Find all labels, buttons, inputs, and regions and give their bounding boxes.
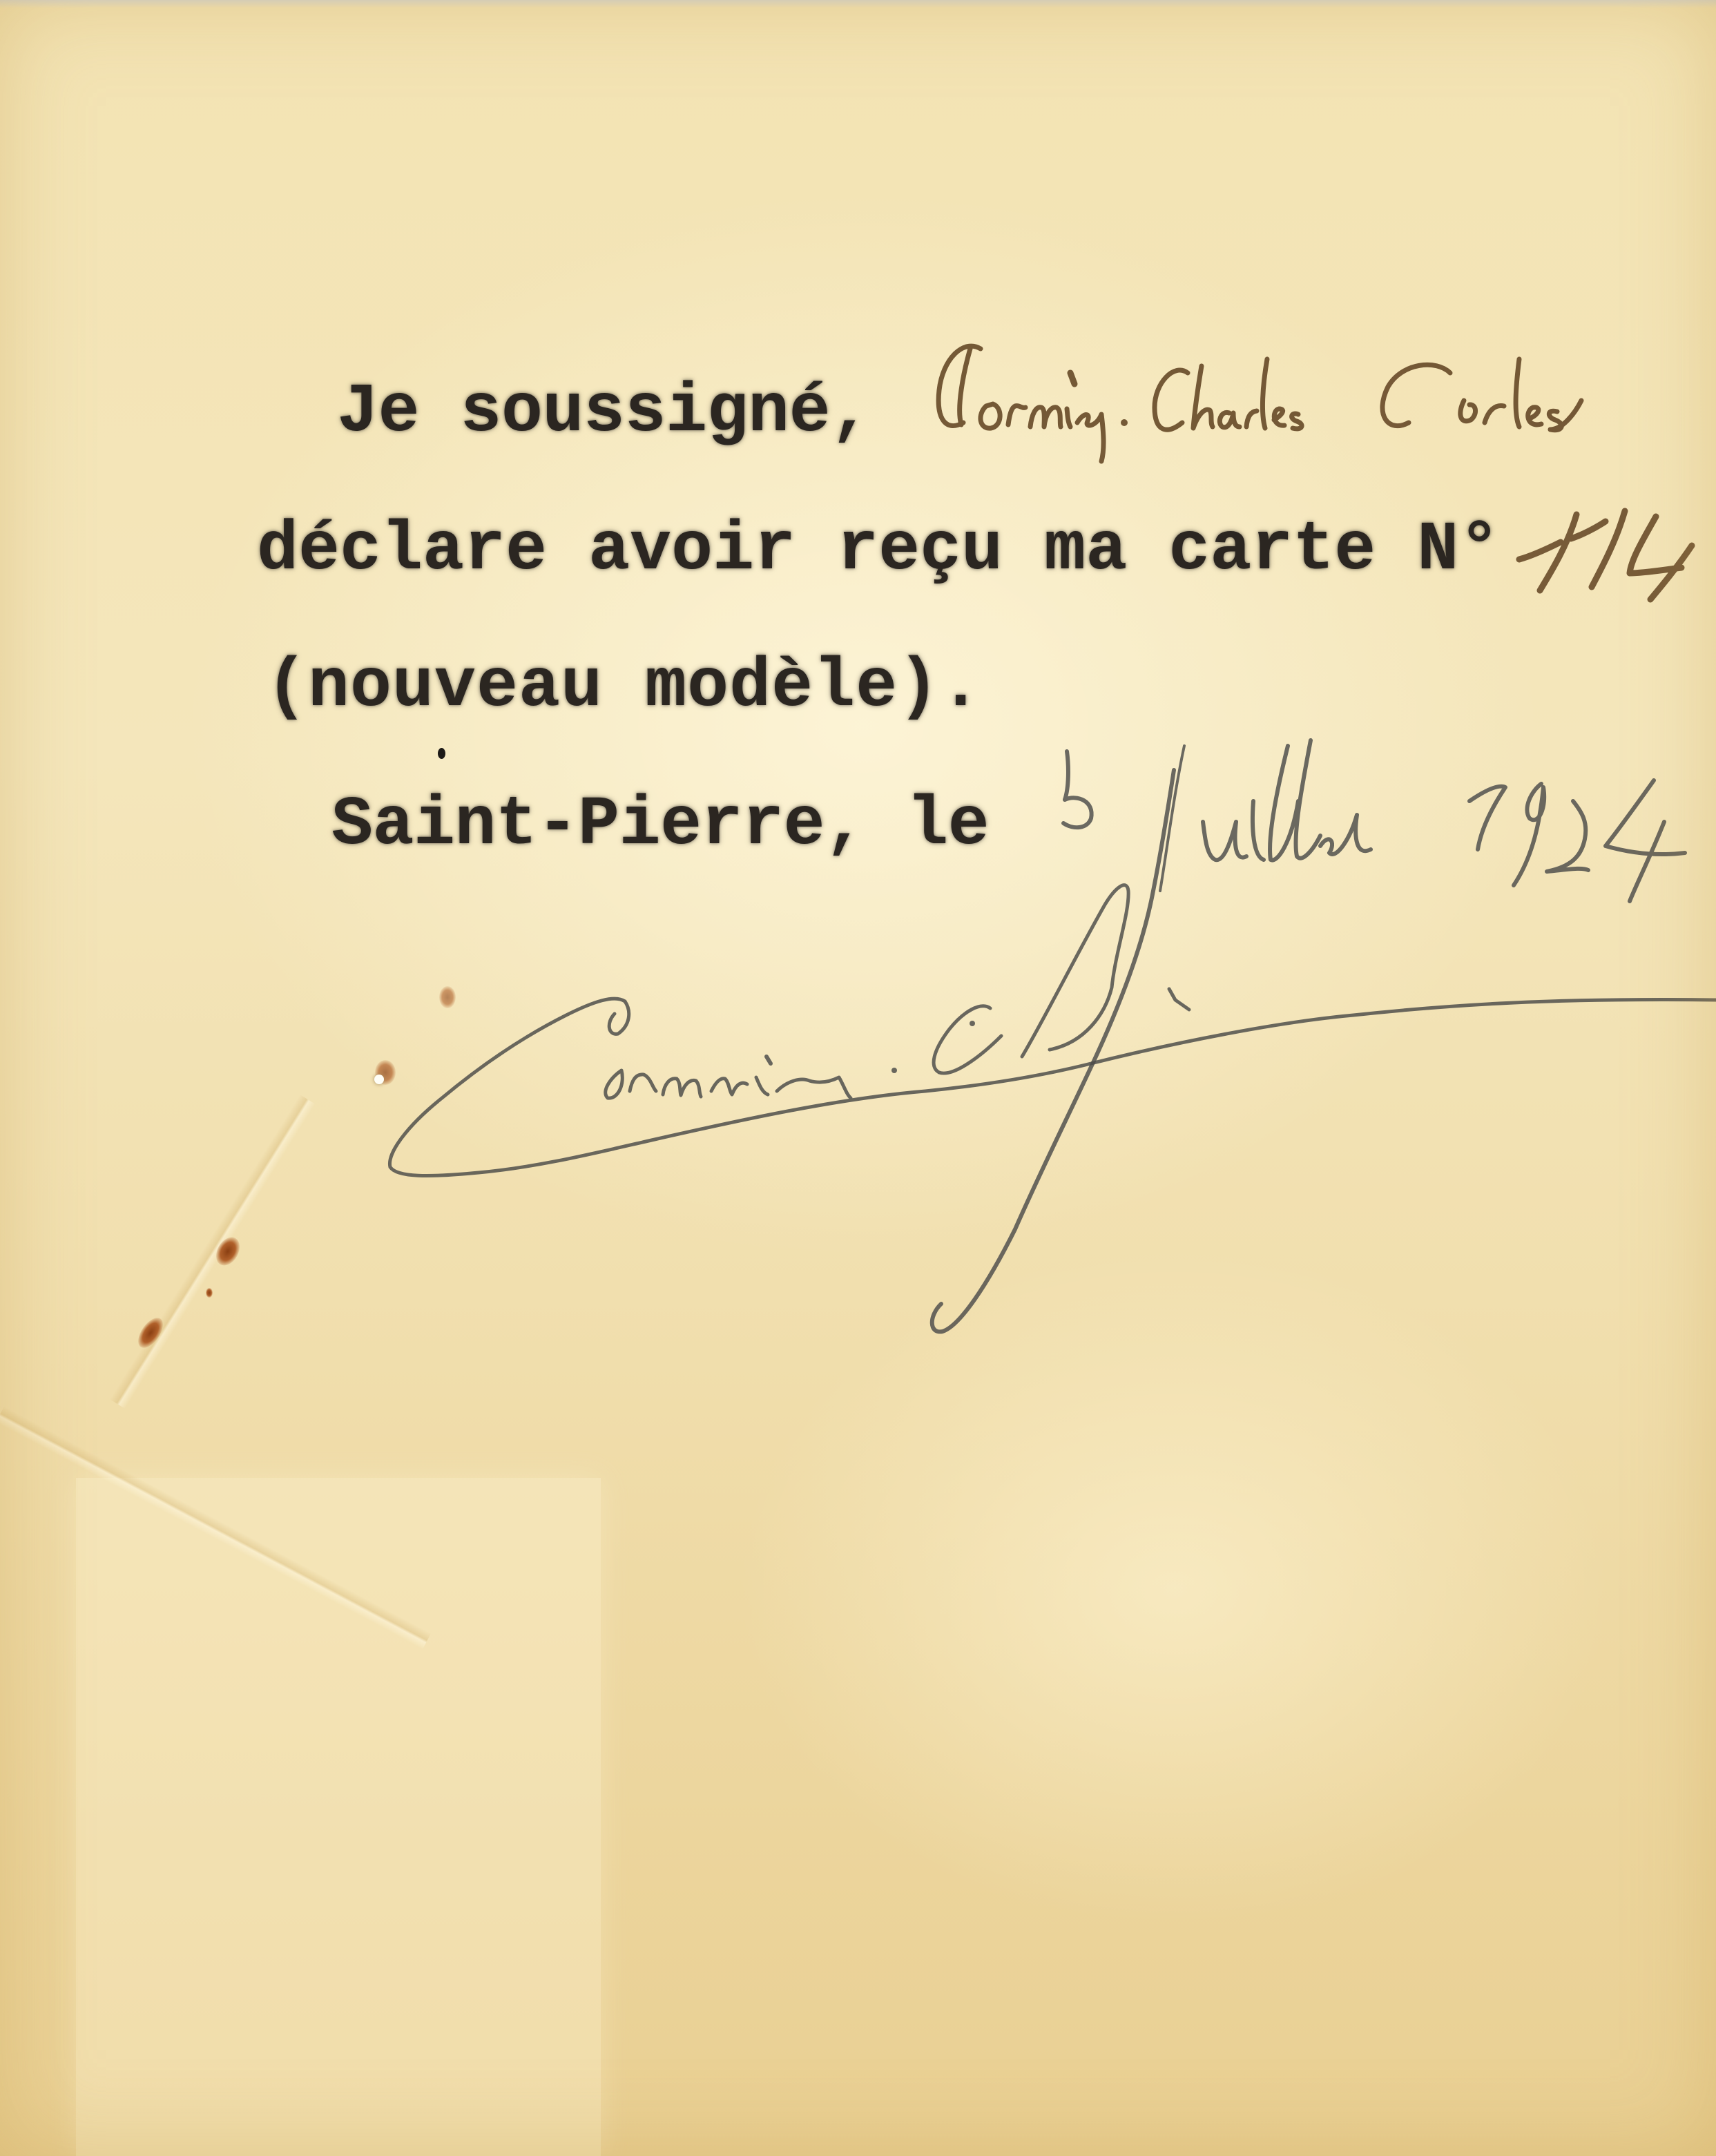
handwritten-card-number-strokes <box>1519 511 1692 599</box>
scanned-document-page: Je soussigné, déclare avoir reçu ma cart… <box>0 0 1716 2156</box>
handwriting-layer <box>0 0 1716 2156</box>
signature-strokes <box>389 885 1716 1176</box>
handwritten-name-strokes <box>938 346 1581 461</box>
handwritten-date-strokes <box>932 740 1685 1331</box>
